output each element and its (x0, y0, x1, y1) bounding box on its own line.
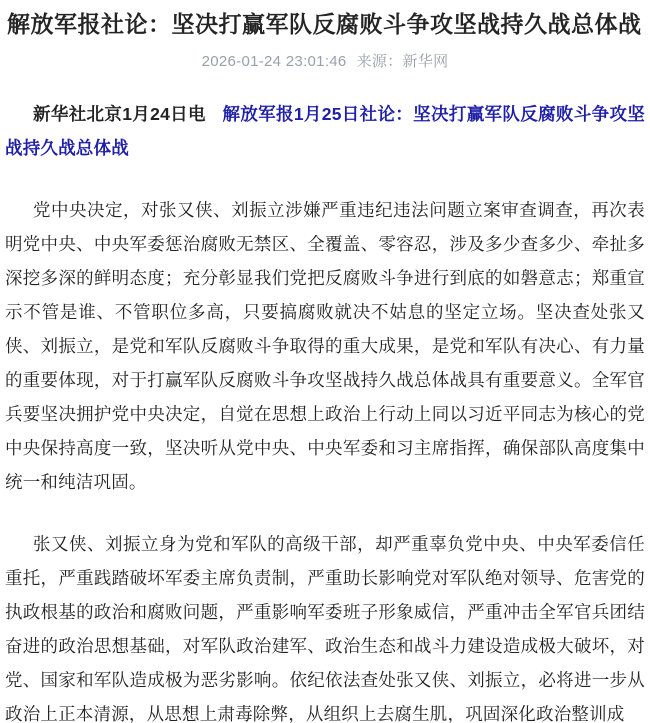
article-body: 新华社北京1月24日电解放军报1月25日社论：坚决打赢军队反腐败斗争攻坚战持久战… (5, 97, 645, 723)
dateline: 新华社北京1月24日电 (33, 104, 206, 124)
page-title: 解放军报社论：坚决打赢军队反腐败斗争攻坚战持久战总体战 (7, 8, 643, 40)
source-label: 来源： (357, 53, 403, 70)
publish-timestamp: 2026-01-24 23:01:46 (202, 53, 347, 70)
article-page: 解放军报社论：坚决打赢军队反腐败斗争攻坚战持久战总体战 2026-01-24 2… (0, 0, 650, 723)
article-header: 解放军报社论：坚决打赢军队反腐败斗争攻坚战持久战总体战 2026-01-24 2… (0, 8, 650, 71)
body-paragraph: 张又侠、刘振立身为党和军队的高级干部，却严重辜负党中央、中央军委信任重托，严重践… (5, 527, 645, 723)
lead-paragraph: 新华社北京1月24日电解放军报1月25日社论：坚决打赢军队反腐败斗争攻坚战持久战… (5, 97, 645, 165)
article-meta: 2026-01-24 23:01:46来源：新华网 (0, 50, 650, 71)
source-link[interactable]: 新华网 (403, 53, 449, 70)
body-paragraph: 党中央决定，对张又侠、刘振立涉嫌严重违纪违法问题立案审查调查，再次表明党中央、中… (5, 193, 645, 499)
